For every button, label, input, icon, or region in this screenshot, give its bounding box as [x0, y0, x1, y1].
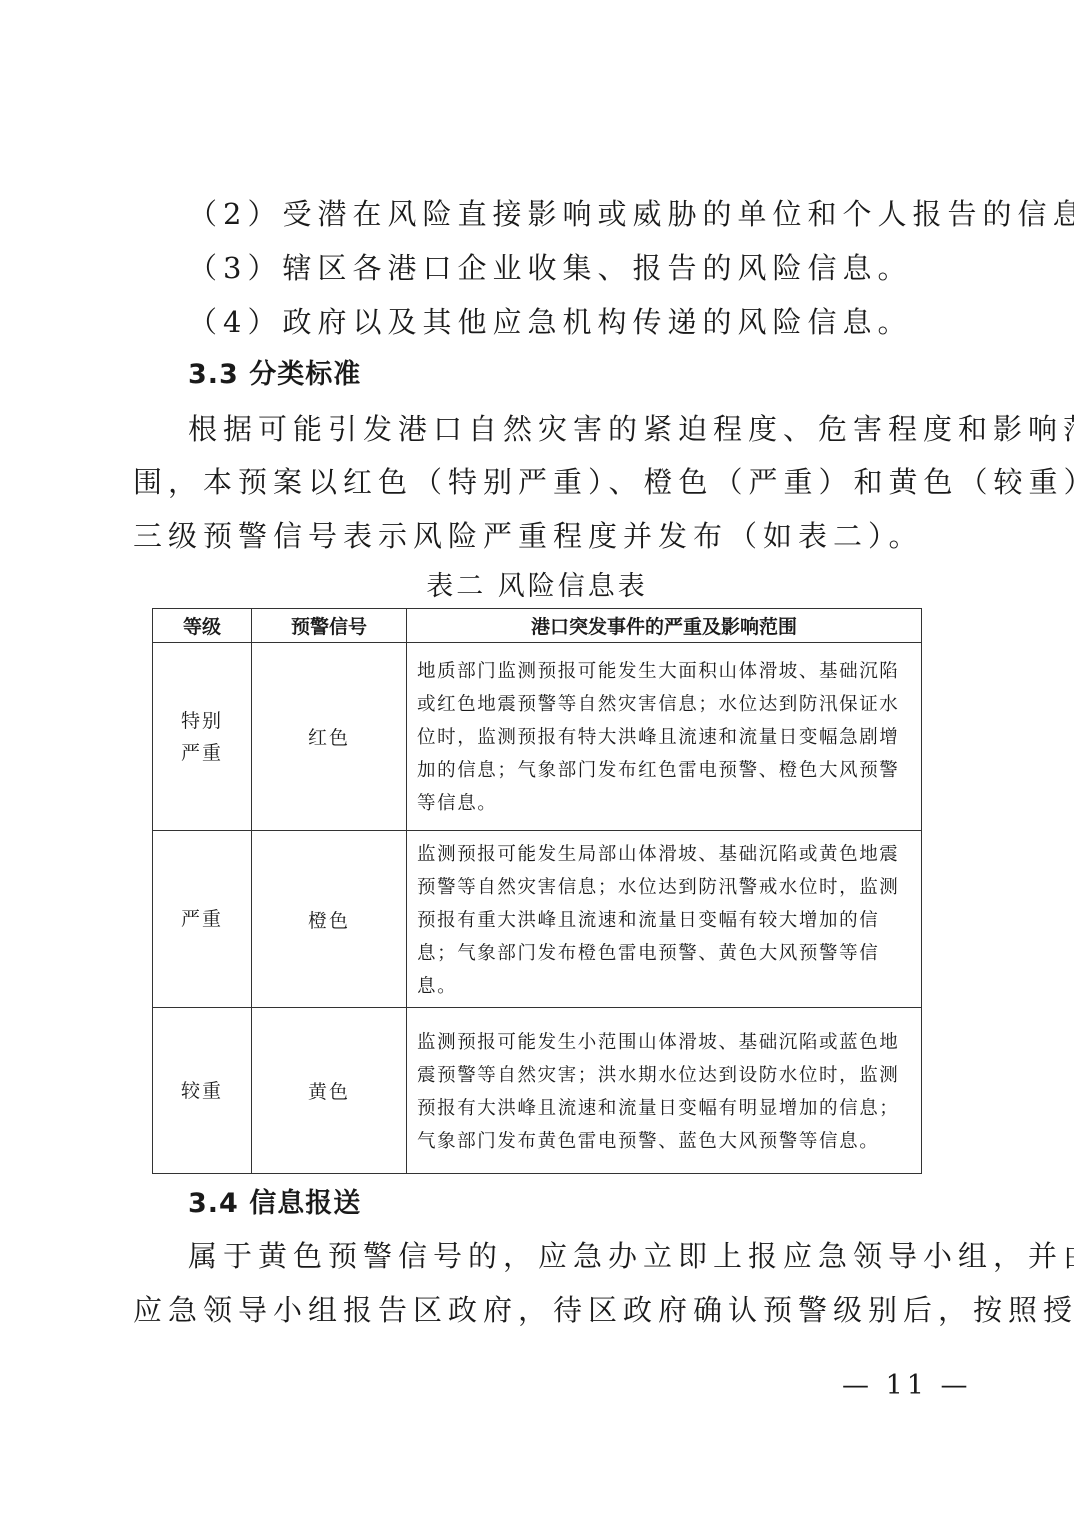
document-page: （2）受潜在风险直接影响或威胁的单位和个人报告的信息。 （3）辖区各港口企业收集…: [0, 0, 1074, 1520]
description-cell: 地质部门监测预报可能发生大面积山体滑坡、基础沉陷或红色地震预警等自然灾害信息；水…: [407, 643, 922, 831]
paragraph-line: 围，本预案以红色（特别严重）、橙色（严重）和黄色（较重）: [133, 468, 1074, 497]
section-heading-3-4: 3.4 信息报送: [188, 1190, 361, 1217]
paragraph-line: 根据可能引发港口自然灾害的紧迫程度、危害程度和影响范: [188, 415, 1074, 444]
table-caption: 表二 风险信息表: [0, 573, 1074, 600]
list-item-4: （4）政府以及其他应急机构传递的风险信息。: [188, 308, 912, 337]
level-cell: 严重: [153, 831, 252, 1008]
section-heading-3-3: 3.3 分类标准: [188, 361, 361, 388]
level-cell: 较重: [153, 1008, 252, 1174]
paragraph-line: 应急领导小组报告区政府，待区政府确认预警级别后，按照授权: [133, 1296, 1074, 1325]
paragraph-line: 三级预警信号表示风险严重程度并发布（如表二）。: [133, 522, 924, 551]
level-text: 严重: [153, 737, 251, 769]
header-level: 等级: [153, 609, 252, 643]
level-cell: 特别 严重: [153, 643, 252, 831]
table-row: 严重 橙色 监测预报可能发生局部山体滑坡、基础沉陷或黄色地震预警等自然灾害信息；…: [153, 831, 922, 1008]
header-signal: 预警信号: [252, 609, 407, 643]
page-number: — 11 —: [842, 1372, 972, 1399]
description-cell: 监测预报可能发生小范围山体滑坡、基础沉陷或蓝色地震预警等自然灾害；洪水期水位达到…: [407, 1008, 922, 1174]
list-item-2: （2）受潜在风险直接影响或威胁的单位和个人报告的信息。: [188, 200, 1074, 229]
table-row: 特别 严重 红色 地质部门监测预报可能发生大面积山体滑坡、基础沉陷或红色地震预警…: [153, 643, 922, 831]
table-row: 较重 黄色 监测预报可能发生小范围山体滑坡、基础沉陷或蓝色地震预警等自然灾害；洪…: [153, 1008, 922, 1174]
list-item-3: （3）辖区各港口企业收集、报告的风险信息。: [188, 254, 912, 283]
paragraph-line: 属于黄色预警信号的，应急办立即上报应急领导小组，并由: [188, 1242, 1074, 1271]
header-description: 港口突发事件的严重及影响范围: [407, 609, 922, 643]
signal-cell: 红色: [252, 643, 407, 831]
signal-cell: 橙色: [252, 831, 407, 1008]
signal-cell: 黄色: [252, 1008, 407, 1174]
description-cell: 监测预报可能发生局部山体滑坡、基础沉陷或黄色地震预警等自然灾害信息；水位达到防汛…: [407, 831, 922, 1008]
risk-info-table: 等级 预警信号 港口突发事件的严重及影响范围 特别 严重 红色 地质部门监测预报…: [152, 608, 922, 1174]
table-header-row: 等级 预警信号 港口突发事件的严重及影响范围: [153, 609, 922, 643]
level-text: 特别: [153, 705, 251, 737]
